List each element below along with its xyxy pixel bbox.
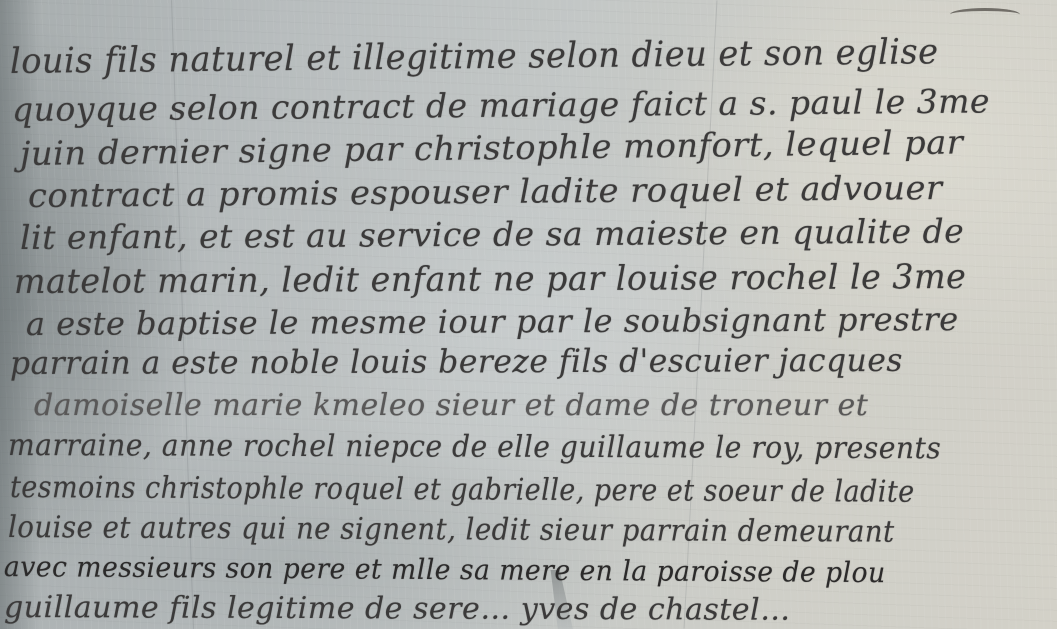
manuscript-line: matelot marin, ledit enfant ne par louis… (14, 257, 967, 302)
manuscript-line: avec messieurs son pere et mlle sa mere … (4, 550, 886, 589)
manuscript-line: lit enfant, et est au service de sa maie… (20, 211, 964, 257)
document-photo: louis fils naturel et illegitime selon d… (0, 0, 1057, 629)
manuscript-line: louis fils naturel et illegitime selon d… (10, 32, 939, 82)
manuscript-line: marraine, anne rochel niepce de elle gui… (8, 428, 941, 466)
manuscript-line: damoiselle marie kmeleo sieur et dame de… (34, 388, 868, 423)
manuscript-line: a este baptise le mesme iour par le soub… (26, 300, 959, 343)
manuscript-line: quoyque selon contract de mariage faict … (12, 81, 990, 129)
manuscript-line: louise et autres qui ne signent, ledit s… (8, 510, 895, 550)
manuscript-text: louis fils naturel et illegitime selon d… (0, 0, 1057, 629)
manuscript-line: contract a promis espouser ladite roquel… (28, 168, 943, 215)
manuscript-line: guillaume fils legitime de sere… yves de… (4, 590, 791, 628)
manuscript-line: juin dernier signe par christophle monfo… (20, 122, 964, 173)
manuscript-line: tesmoins christophle roquel et gabrielle… (10, 470, 915, 510)
manuscript-line: parrain a este noble louis bereze fils d… (10, 341, 903, 382)
